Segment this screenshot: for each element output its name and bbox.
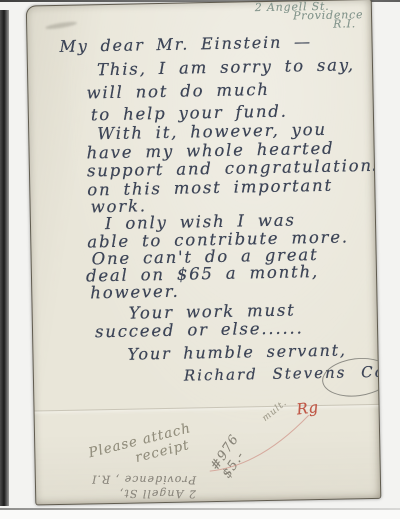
letter-line: deal on $65 a month, [86, 263, 319, 285]
letter-line: however. [90, 283, 180, 302]
red-pencil-stroke [207, 409, 316, 477]
letter-paper: 2 Angell St. Providence R.I. My dear Mr.… [26, 0, 382, 505]
pencil-smudge [45, 20, 77, 30]
letter-line: on this most important [87, 177, 333, 199]
letter-line: will not do much [86, 81, 270, 102]
signature-circle-annotation [320, 354, 381, 400]
reversed-address-note: 2 Angell St, Providence , R.I [46, 472, 196, 500]
sender-address-line-3: R.I. [333, 17, 356, 30]
reversed-address-line-2: Providence , R.I [46, 472, 196, 487]
attach-receipt-note: Please attach receipt [87, 420, 196, 477]
letter-line: support and congratulations [87, 157, 382, 180]
closing: Your humble servant, [127, 341, 347, 362]
letter-scan: 2 Angell St. Providence R.I. My dear Mr.… [0, 0, 400, 519]
letter-line: succeed or else...... [95, 319, 304, 340]
reversed-address-line-1: 2 Angell St, [46, 486, 196, 501]
scan-bottom-margin [0, 510, 400, 519]
letter-line: This, I am sorry to say, [97, 56, 355, 78]
salutation: My dear Mr. Einstein — [59, 33, 312, 55]
scan-left-shadow [0, 10, 9, 506]
